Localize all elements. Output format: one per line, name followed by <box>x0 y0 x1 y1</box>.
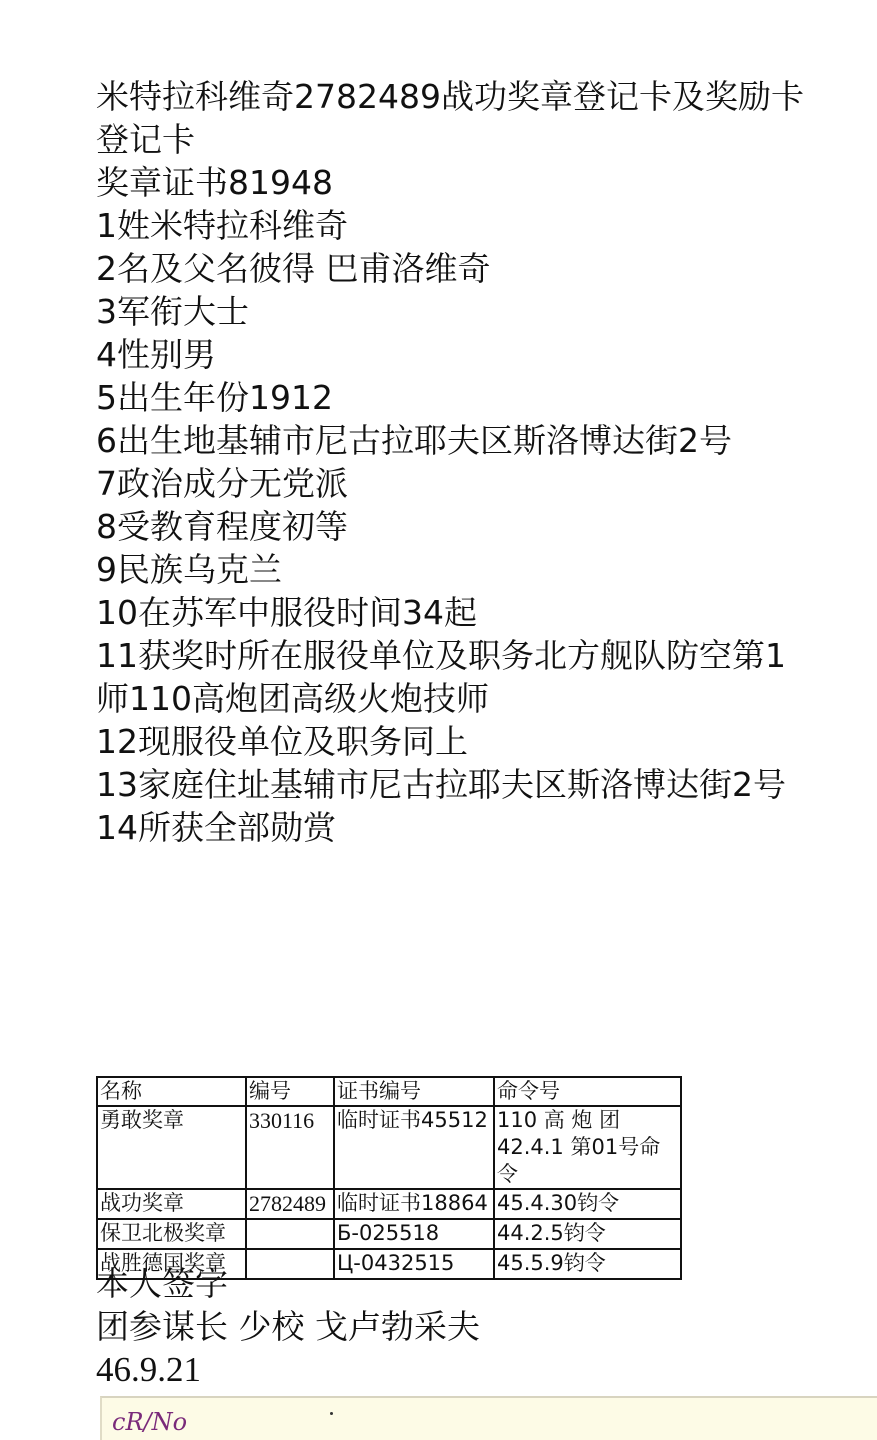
header-number: 编号 <box>246 1077 334 1106</box>
field-birthplace: 6出生地基辅市尼古拉耶夫区斯洛博达街2号 <box>96 419 816 462</box>
header-name: 名称 <box>97 1077 246 1106</box>
handwriting: cR/No <box>112 1408 187 1436</box>
award-order: 44.2.5钧令 <box>494 1219 681 1249</box>
field-service-since: 10在苏军中服役时间34起 <box>96 591 816 634</box>
award-certificate: 临时证书45512 <box>334 1106 494 1189</box>
signature-label: 本人签字 <box>96 1262 480 1305</box>
field-current-unit: 12现服役单位及职务同上 <box>96 720 816 763</box>
field-birth-year: 5出生年份1912 <box>96 376 816 419</box>
field-nationality: 9民族乌克兰 <box>96 548 816 591</box>
table-row: 勇敢奖章 330116 临时证书45512 110 高 炮 团 42.4.1 第… <box>97 1106 681 1189</box>
document-body: 米特拉科维奇2782489战功奖章登记卡及奖励卡 登记卡 奖章证书81948 1… <box>96 75 816 849</box>
award-certificate: Б-025518 <box>334 1219 494 1249</box>
field-surname: 1姓米特拉科维奇 <box>96 204 816 247</box>
signer: 团参谋长 少校 戈卢勃采夫 <box>96 1305 480 1348</box>
scanned-card-image: cR/No <box>100 1396 877 1440</box>
header-certificate: 证书编号 <box>334 1077 494 1106</box>
award-name: 保卫北极奖章 <box>97 1219 246 1249</box>
field-home-address: 13家庭住址基辅市尼古拉耶夫区斯洛博达街2号 <box>96 763 816 806</box>
table-header-row: 名称 编号 证书编号 命令号 <box>97 1077 681 1106</box>
field-all-awards: 14所获全部勋赏 <box>96 806 816 849</box>
award-number <box>246 1219 334 1249</box>
award-name: 战功奖章 <box>97 1189 246 1219</box>
table-row: 保卫北极奖章 Б-025518 44.2.5钧令 <box>97 1219 681 1249</box>
certificate-number: 奖章证书81948 <box>96 161 816 204</box>
field-unit-at-award: 11获奖时所在服役单位及职务北方舰队防空第1师110高炮团高级火炮技师 <box>96 634 816 720</box>
field-rank: 3军衔大士 <box>96 290 816 333</box>
table-row: 战功奖章 2782489 临时证书18864 45.4.30钧令 <box>97 1189 681 1219</box>
award-order: 110 高 炮 团 42.4.1 第01号命令 <box>494 1106 681 1189</box>
field-name-patronymic: 2名及父名彼得 巴甫洛维奇 <box>96 247 816 290</box>
award-name: 勇敢奖章 <box>97 1106 246 1189</box>
header-order: 命令号 <box>494 1077 681 1106</box>
award-number: 2782489 <box>246 1189 334 1219</box>
field-education: 8受教育程度初等 <box>96 505 816 548</box>
awards-table: 名称 编号 证书编号 命令号 勇敢奖章 330116 临时证书45512 110… <box>96 1076 682 1280</box>
award-order: 45.4.30钧令 <box>494 1189 681 1219</box>
award-order: 45.5.9钧令 <box>494 1249 681 1279</box>
field-sex: 4性别男 <box>96 333 816 376</box>
field-party: 7政治成分无党派 <box>96 462 816 505</box>
sign-date: 46.9.21 <box>96 1348 480 1391</box>
signature-block: 本人签字 团参谋长 少校 戈卢勃采夫 46.9.21 <box>96 1262 480 1391</box>
ink-dot <box>330 1412 333 1415</box>
award-certificate: 临时证书18864 <box>334 1189 494 1219</box>
award-number: 330116 <box>246 1106 334 1189</box>
card-type: 登记卡 <box>96 118 816 161</box>
document-title: 米特拉科维奇2782489战功奖章登记卡及奖励卡 <box>96 75 816 118</box>
